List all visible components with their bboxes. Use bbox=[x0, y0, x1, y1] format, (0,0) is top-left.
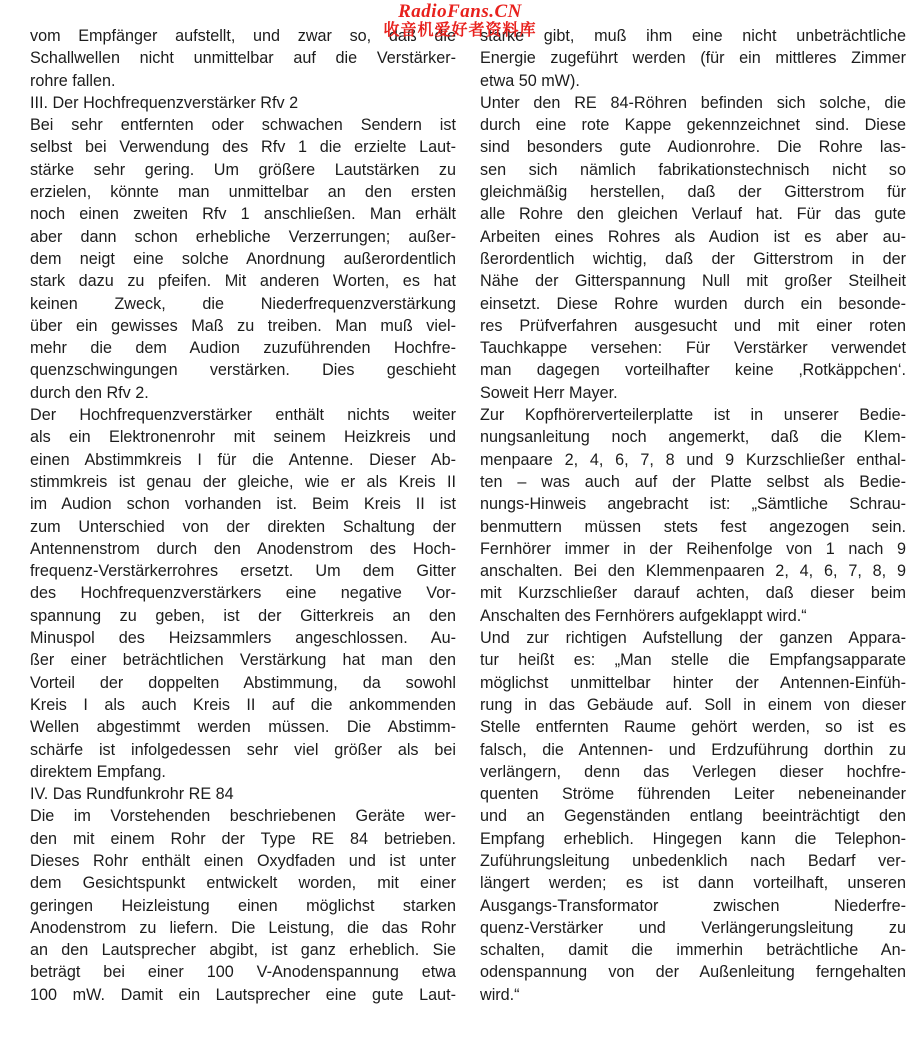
text-line: Antennenstrom durch den Anodenstrom des … bbox=[30, 538, 456, 560]
text-line: Schallwellen nicht unmittelbar auf die V… bbox=[30, 47, 456, 69]
text-line: Kreis I als auch Kreis II auf die ankomm… bbox=[30, 694, 456, 716]
text-line: und an Gegenständen entlang beeinträchti… bbox=[480, 805, 906, 827]
text-line: rohre fallen. bbox=[30, 70, 456, 92]
text-line: beträgt bei einer 100 V-Anodenspannung e… bbox=[30, 961, 456, 983]
text-line: stimmkreis ist genau der gleiche, wie er… bbox=[30, 471, 456, 493]
text-line: Zur Kopfhörerverteilerplatte ist in unse… bbox=[480, 404, 906, 426]
text-line: schalten, damit die immerhin beträchtlic… bbox=[480, 939, 906, 961]
text-line: tur heißt es: „Man stelle die Empfangsap… bbox=[480, 649, 906, 671]
text-line: keinen Zweck, die Niederfrequenzverstärk… bbox=[30, 293, 456, 315]
text-line: des Hochfrequenzverstärkers eine negativ… bbox=[30, 582, 456, 604]
text-line: rung in das Gebäude auf. Soll in einem v… bbox=[480, 694, 906, 716]
text-line: den mit einem Rohr der Type RE 84 betrie… bbox=[30, 828, 456, 850]
text-line: Fernhörer immer in der Reihenfolge von 1… bbox=[480, 538, 906, 560]
text-line: mehr die dem Audion zuzuführenden Hochfr… bbox=[30, 337, 456, 359]
text-line: selbst bei Verwendung des Rfv 1 die erzi… bbox=[30, 136, 456, 158]
text-line: als ein Elektronenrohr mit seinem Heizkr… bbox=[30, 426, 456, 448]
text-line: ßerordentlich wichtig, daß der Gitterstr… bbox=[480, 248, 906, 270]
text-line: Stelle entfernten Raume gehört werden, s… bbox=[480, 716, 906, 738]
text-line: über ein gewisses Maß zu treiben. Man mu… bbox=[30, 315, 456, 337]
text-line: Anschalten des Fernhörers aufgeklappt wi… bbox=[480, 605, 906, 627]
text-line: alle Rohre den gleichen Verlauf hat. Für… bbox=[480, 203, 906, 225]
text-line: stärke sehr gering. Um größere Lautstärk… bbox=[30, 159, 456, 181]
text-line: einen Abstimmkreis I für die Antenne. Di… bbox=[30, 449, 456, 471]
text-line: wird.“ bbox=[480, 984, 906, 1006]
text-line: Vorteil der doppelten Abstimmung, da sow… bbox=[30, 672, 456, 694]
text-line: mit Kurzschließer darauf achten, daß die… bbox=[480, 582, 906, 604]
text-line: Dieses Rohr enthält einen Oxydfaden und … bbox=[30, 850, 456, 872]
text-line: durch eine rote Kappe gekennzeichnet sin… bbox=[480, 114, 906, 136]
text-line: Arbeiten eines Rohres als Audion ist es … bbox=[480, 226, 906, 248]
text-columns: vom Empfänger aufstellt, und zwar so, da… bbox=[30, 25, 906, 1006]
text-line: Der Hochfrequenzverstärker enthält nicht… bbox=[30, 404, 456, 426]
text-line: sen sich nämlich fabrikationstechnisch n… bbox=[480, 159, 906, 181]
text-line: III. Der Hochfrequenzverstärker Rfv 2 bbox=[30, 92, 456, 114]
text-line: möglichst unmittelbar hinter der Antenne… bbox=[480, 672, 906, 694]
text-line: sind besonders gute Audionrohre. Die Roh… bbox=[480, 136, 906, 158]
text-line: geringen Heizleistung einen möglichst st… bbox=[30, 895, 456, 917]
text-line: Anodenstrom zu liefern. Die Leistung, di… bbox=[30, 917, 456, 939]
text-line: quenz-Verstärker und Verlängerungsleitun… bbox=[480, 917, 906, 939]
left-column: vom Empfänger aufstellt, und zwar so, da… bbox=[30, 25, 456, 1006]
text-line: schärfe ist infolgedessen sehr viel größ… bbox=[30, 739, 456, 761]
text-line: vom Empfänger aufstellt, und zwar so, da… bbox=[30, 25, 456, 47]
text-line: anschalten. Bei den Klemmenpaaren 2, 4, … bbox=[480, 560, 906, 582]
text-line: zum Unterschied von der direkten Schaltu… bbox=[30, 516, 456, 538]
text-line: Tauchkappe versehen: Für Verstärker verw… bbox=[480, 337, 906, 359]
text-line: direktem Empfang. bbox=[30, 761, 456, 783]
text-line: Die im Vorstehenden beschriebenen Geräte… bbox=[30, 805, 456, 827]
text-line: man dagegen vorteilhafter keine ‚Rotkäpp… bbox=[480, 359, 906, 381]
text-line: Wellen abgestimmt werden müssen. Die Abs… bbox=[30, 716, 456, 738]
text-line: Unter den RE 84-Röhren befinden sich sol… bbox=[480, 92, 906, 114]
text-line: nungsanleitung noch angemerkt, daß die K… bbox=[480, 426, 906, 448]
text-line: Ausgangs-Transformator zwischen Niederfr… bbox=[480, 895, 906, 917]
text-line: Minuspol des Heizsammlers angeschlossen.… bbox=[30, 627, 456, 649]
text-line: Empfang erheblich. Hingegen kann die Tel… bbox=[480, 828, 906, 850]
text-line: spannung zu geben, ist der Gitterkreis a… bbox=[30, 605, 456, 627]
text-line: menpaare 2, 4, 6, 7, 8 und 9 Kurzschließ… bbox=[480, 449, 906, 471]
right-column: stärke gibt, muß ihm eine nicht unbeträc… bbox=[480, 25, 906, 1006]
text-line: IV. Das Rundfunkrohr RE 84 bbox=[30, 783, 456, 805]
text-line: etwa 50 mW). bbox=[480, 70, 906, 92]
text-line: Nähe der Gitterspannung Null mit großer … bbox=[480, 270, 906, 292]
text-line: dem neigt eine solche Anordnung außerord… bbox=[30, 248, 456, 270]
text-line: falsch, die Antennen- und Erdzuführung d… bbox=[480, 739, 906, 761]
text-line: Energie zugeführt werden (für ein mittle… bbox=[480, 47, 906, 69]
text-line: 100 mW. Damit ein Lautsprecher eine gute… bbox=[30, 984, 456, 1006]
text-line: im Audion schon vorhanden ist. Beim Krei… bbox=[30, 493, 456, 515]
text-line: Soweit Herr Mayer. bbox=[480, 382, 906, 404]
text-line: an den Lautsprecher abgibt, ist ganz erh… bbox=[30, 939, 456, 961]
document-page: RadioFans.CN 收音机爱好者资料库 vom Empfänger auf… bbox=[0, 0, 920, 1040]
text-line: odenspannung von der Außenleitung fernge… bbox=[480, 961, 906, 983]
text-line: nungs-Hinweis angebracht ist: „Sämtliche… bbox=[480, 493, 906, 515]
text-line: stärke gibt, muß ihm eine nicht unbeträc… bbox=[480, 25, 906, 47]
text-line: ten – was auch auf der Platte selbst als… bbox=[480, 471, 906, 493]
text-line: Und zur richtigen Aufstellung der ganzen… bbox=[480, 627, 906, 649]
text-line: aber dann schon erhebliche Verzerrungen;… bbox=[30, 226, 456, 248]
text-line: erzielen, könnte man unmittelbar an den … bbox=[30, 181, 456, 203]
text-line: Bei sehr entfernten oder schwachen Sende… bbox=[30, 114, 456, 136]
text-line: ßer einer beträchtlichen Verstärkung hat… bbox=[30, 649, 456, 671]
text-line: durch den Rfv 2. bbox=[30, 382, 456, 404]
text-line: noch einen zweiten Rfv 1 anschließen. Ma… bbox=[30, 203, 456, 225]
text-line: gleichmäßig herstellen, daß der Gitterst… bbox=[480, 181, 906, 203]
watermark-site-name: RadioFans.CN bbox=[0, 2, 920, 21]
text-line: Zuführungsleitung unbedenklich nach Beda… bbox=[480, 850, 906, 872]
text-line: stark dazu zu pfeifen. Mit anderen Worte… bbox=[30, 270, 456, 292]
text-line: frequenz-Verstärkerrohres ersetzt. Um de… bbox=[30, 560, 456, 582]
text-line: dem Gesichtspunkt entwickelt worden, mit… bbox=[30, 872, 456, 894]
text-line: benmuttern müssen stets fest angezogen s… bbox=[480, 516, 906, 538]
text-line: einsetzt. Diese Rohre wurden durch ein b… bbox=[480, 293, 906, 315]
text-line: längert werden; es ist dann vorteilhaft,… bbox=[480, 872, 906, 894]
text-line: quenten Ströme führenden Leiter nebenein… bbox=[480, 783, 906, 805]
text-line: quenzschwingungen verstärken. Dies gesch… bbox=[30, 359, 456, 381]
text-line: res Prüfverfahren ausgesucht und mit ein… bbox=[480, 315, 906, 337]
text-line: verlängern, denn das Verlegen dieser hoc… bbox=[480, 761, 906, 783]
